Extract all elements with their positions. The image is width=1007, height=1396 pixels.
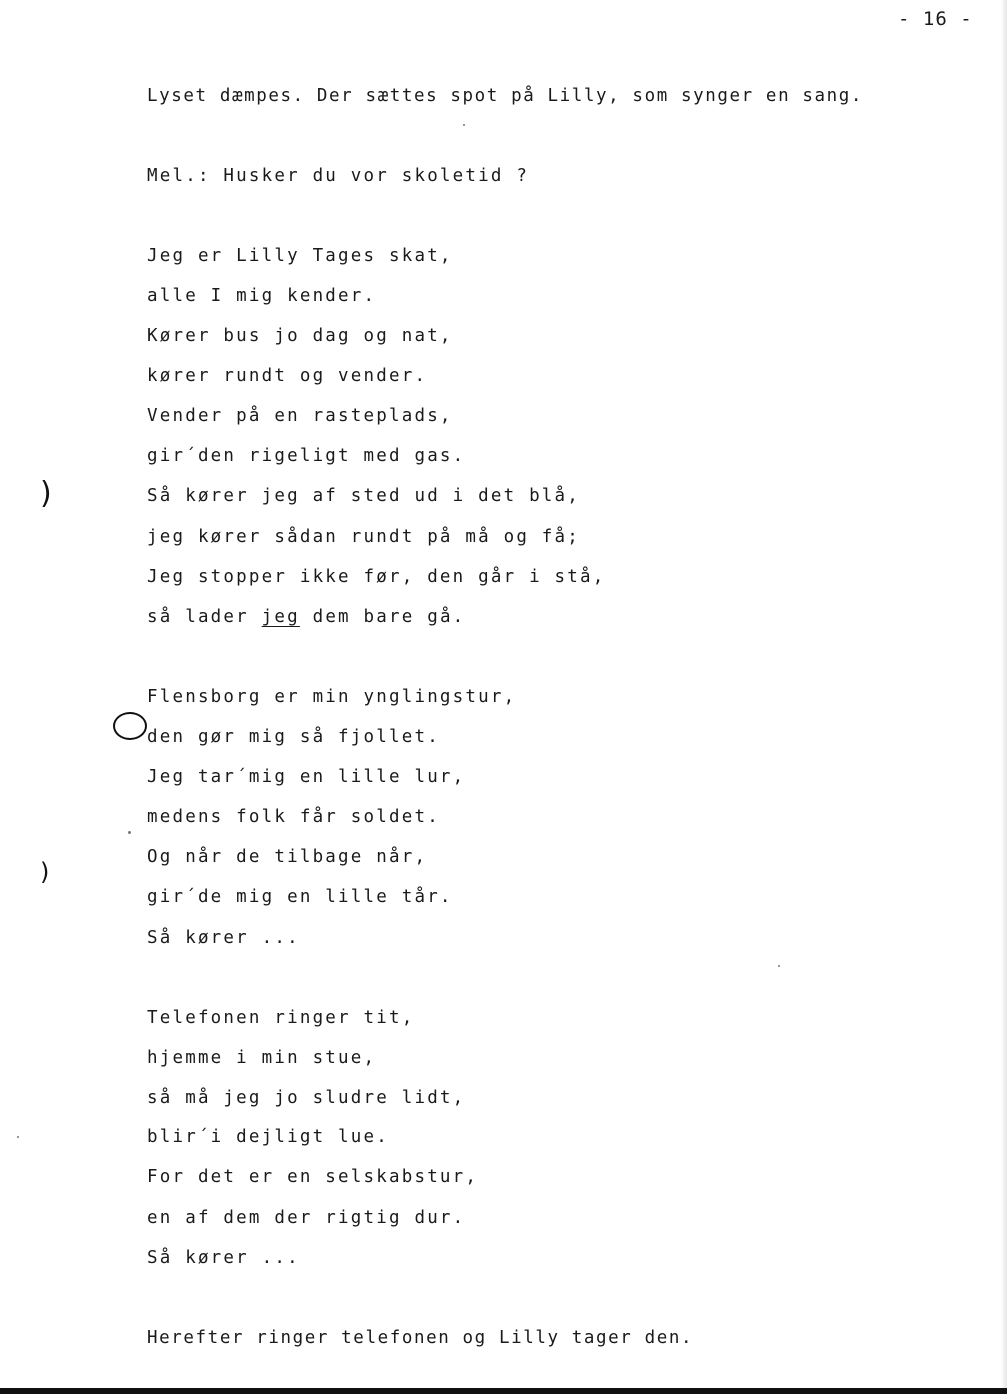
margin-circle-mark <box>113 712 147 740</box>
verse-line: Telefonen ringer tit, <box>147 1008 414 1028</box>
verse-line: Jeg er Lilly Tages skat, <box>147 246 453 266</box>
verse-line: Jeg tar´mig en lille lur, <box>147 767 465 787</box>
underlined-word: jeg <box>262 607 300 627</box>
scan-speck <box>17 1136 19 1138</box>
verse-line: alle I mig kender. <box>147 286 376 306</box>
verse-line: Flensborg er min ynglingstur, <box>147 687 516 707</box>
verse-line: Jeg stopper ikke før, den går i stå, <box>147 567 606 587</box>
page-edge-shadow <box>1001 0 1007 1388</box>
verse-line: medens folk får soldet. <box>147 807 440 827</box>
verse-line: en af dem der rigtig dur. <box>147 1208 465 1228</box>
verse-line: Så kører ... <box>147 928 300 948</box>
scan-speck <box>463 124 465 126</box>
verse-line: så lader jeg dem bare gå. <box>147 607 465 627</box>
verse-line: Kører bus jo dag og nat, <box>147 326 453 346</box>
verse-line: jeg kører sådan rundt på må og få; <box>147 527 580 547</box>
verse-line: Så kører jeg af sted ud i det blå, <box>147 486 580 506</box>
margin-paren-mark: ) <box>40 476 52 511</box>
verse-line: den gør mig så fjollet. <box>147 727 440 747</box>
page-number: - 16 - <box>898 8 973 30</box>
verse-line: Så kører ... <box>147 1248 300 1268</box>
verse-line-start: så lader <box>147 607 262 627</box>
verse-line: hjemme i min stue, <box>147 1048 376 1068</box>
stage-direction-outro: Herefter ringer telefonen og Lilly tager… <box>147 1328 693 1348</box>
verse-line: så må jeg jo sludre lidt, <box>147 1088 465 1108</box>
verse-line: Og når de tilbage når, <box>147 847 427 867</box>
melody-note: Mel.: Husker du vor skoletid ? <box>147 166 529 186</box>
margin-paren-mark: ) <box>40 858 49 886</box>
page-bottom-edge <box>0 1388 1007 1394</box>
verse-line-end: dem bare gå. <box>300 607 466 627</box>
verse-line: For det er en selskabstur, <box>147 1167 478 1187</box>
verse-line: gir´de mig en lille tår. <box>147 887 453 907</box>
scan-speck <box>778 965 780 967</box>
verse-line: gir´den rigeligt med gas. <box>147 446 465 466</box>
verse-line: kører rundt og vender. <box>147 366 427 386</box>
verse-line: blir´i dejligt lue. <box>147 1127 389 1147</box>
stage-direction-intro: Lyset dæmpes. Der sættes spot på Lilly, … <box>147 86 863 106</box>
verse-line: Vender på en rasteplads, <box>147 406 453 426</box>
scan-speck <box>128 831 131 834</box>
